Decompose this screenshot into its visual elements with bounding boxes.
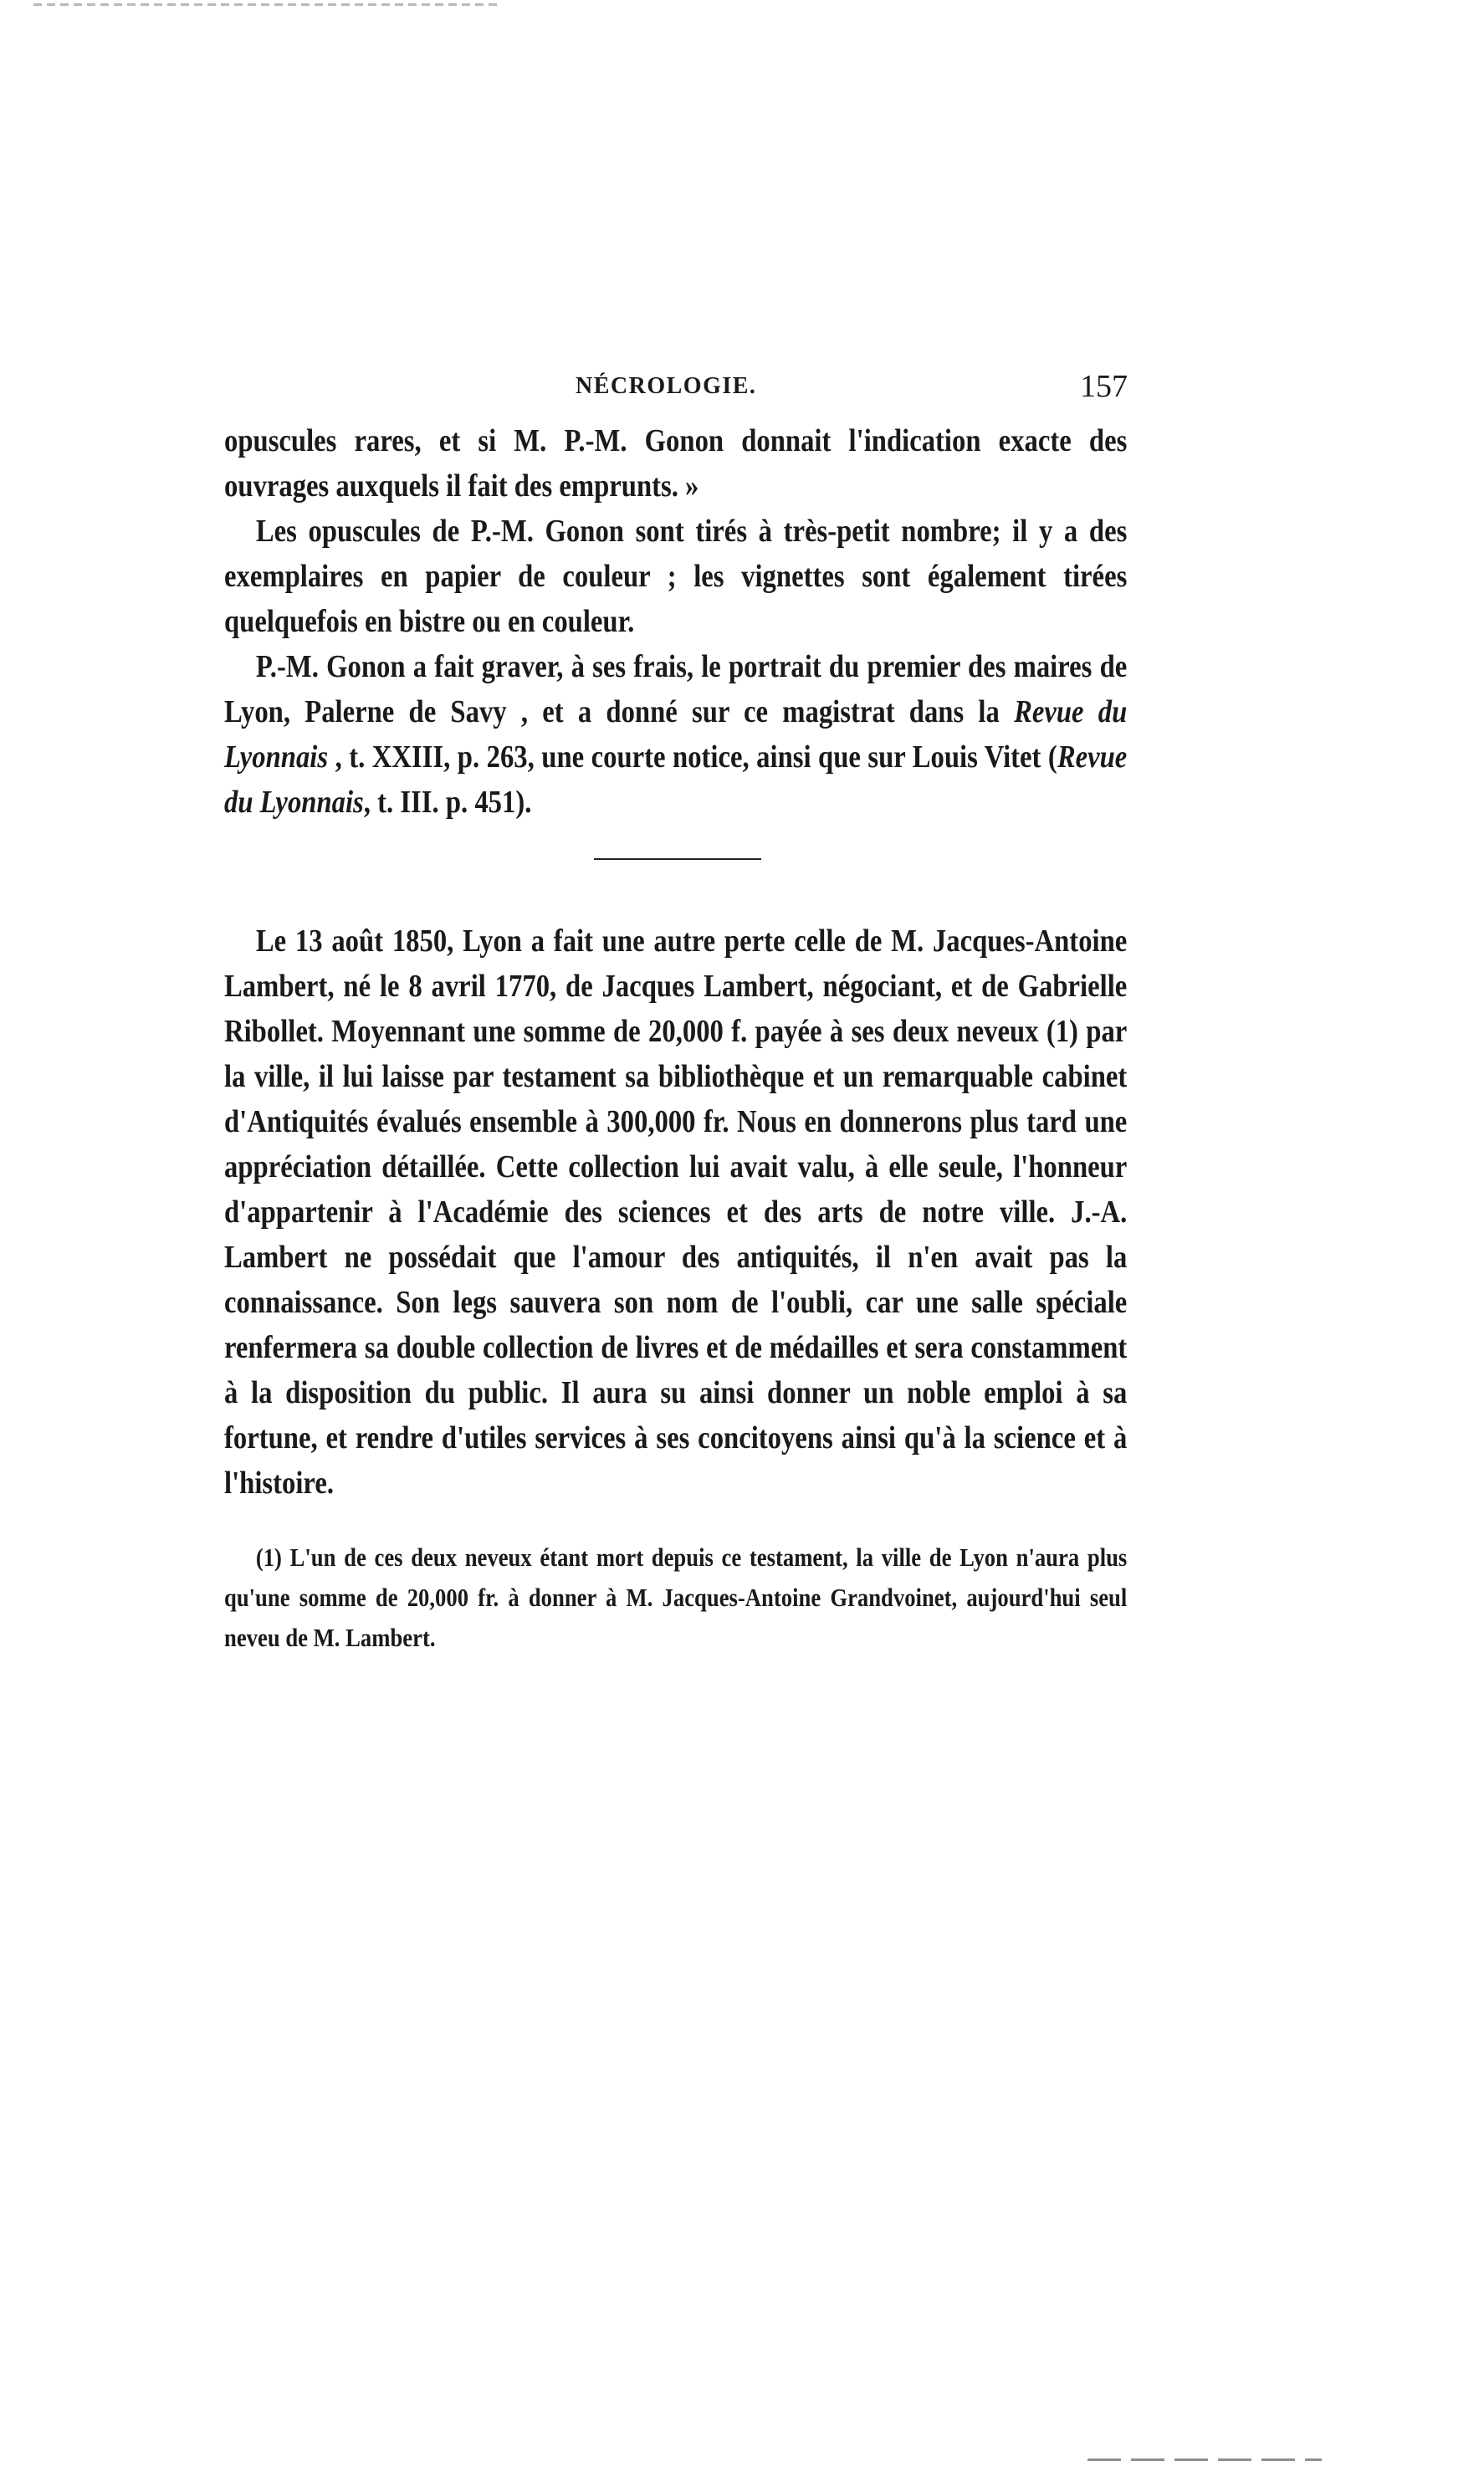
section-gonon: opuscules rares, et si M. P.-M. Gonon do… [224,418,1128,825]
section-lambert: Le 13 août 1850, Lyon a fait une autre p… [224,918,1128,1506]
paragraph-lambert: Le 13 août 1850, Lyon a fait une autre p… [224,918,1127,1506]
footnote: (1) L'un de ces deux neveux étant mort d… [224,1537,1127,1658]
text-run: P.-M. Gonon a fait graver, à ses frais, … [224,649,1127,729]
paragraph-opuscules: Les opuscules de P.-M. Gonon sont tirés … [224,509,1127,644]
page-number: 157 [1080,368,1128,405]
scan-artifact-top [33,3,502,6]
scan-artifact-bottom [1087,2458,1322,2461]
spacer [224,860,1128,918]
book-page: NÉCROLOGIE. 157 opuscules rares, et si M… [224,368,1128,1658]
text-run: , t. III. p. 451). [364,785,532,820]
text-run: , t. XXIII, p. 263, une courte notice, a… [328,739,1057,775]
paragraph-continuation: opuscules rares, et si M. P.-M. Gonon do… [224,418,1127,509]
running-title: NÉCROLOGIE. [576,373,756,400]
running-head: NÉCROLOGIE. 157 [224,368,1128,418]
paragraph-portrait: P.-M. Gonon a fait graver, à ses frais, … [224,644,1127,825]
